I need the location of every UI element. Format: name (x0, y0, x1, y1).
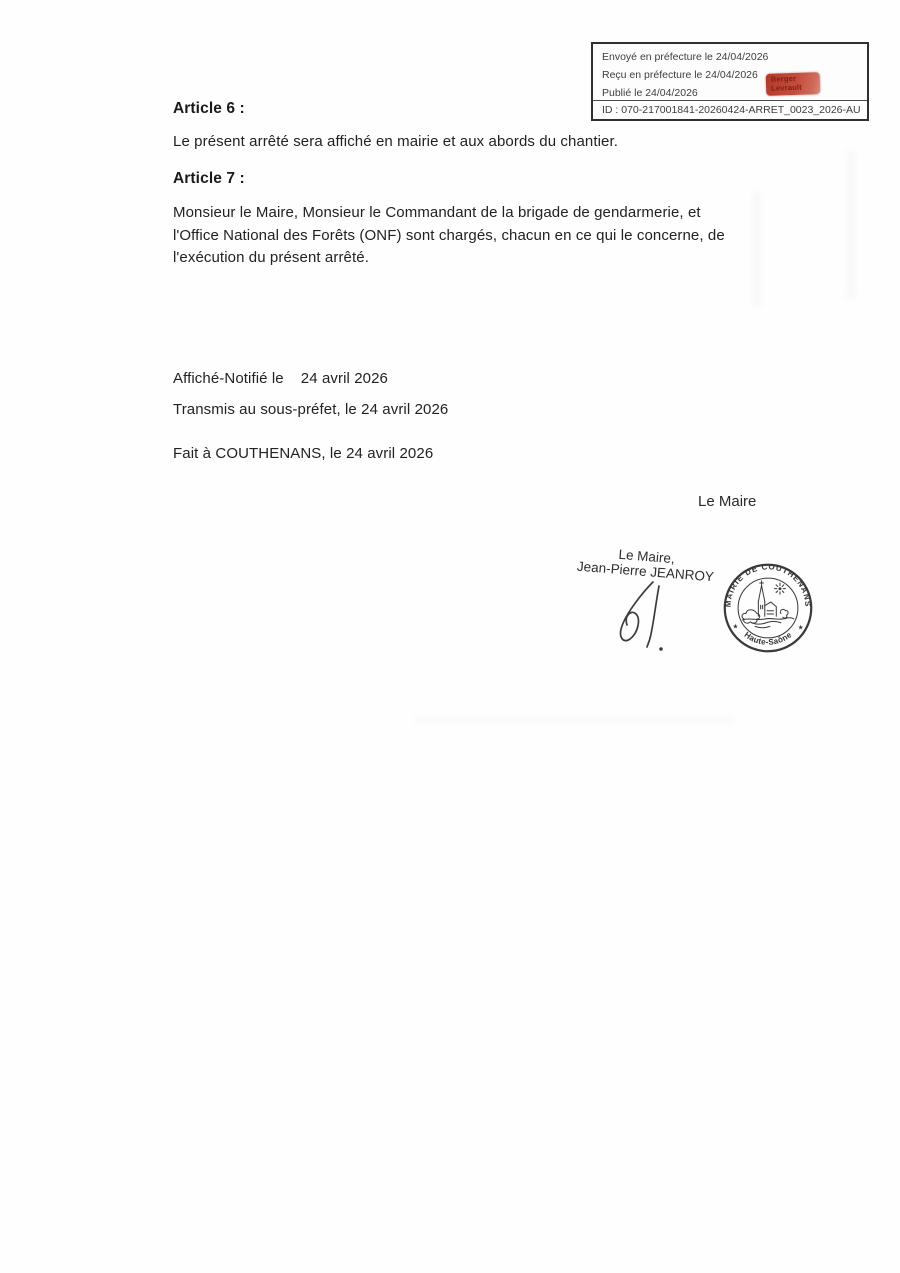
prefecture-id-line: ID : 070-217001841-20260424-ARRET_0023_2… (593, 100, 867, 119)
article6-heading: Article 6 : (173, 100, 245, 118)
prefecture-envoye-line: Envoyé en préfecture le 24/04/2026 (602, 48, 867, 66)
municipal-seal-stamp: MAIRIE DE COUTHENANS Haute-Saône ★ ★ (722, 562, 814, 654)
berger-levrault-logo-line2: Levrault (771, 83, 820, 93)
article7-text: Monsieur le Maire, Monsieur le Commandan… (173, 202, 773, 270)
seal-church-illustration (742, 581, 794, 628)
signature-stroke-loop (621, 582, 653, 641)
seal-left-star-icon: ★ (732, 624, 738, 631)
seal-church-spire (758, 585, 764, 601)
seal-top-arc-text: MAIRIE DE COUTHENANS (723, 562, 812, 607)
article6-text: Le présent arrêté sera affiché en mairie… (173, 133, 618, 150)
handwritten-signature (601, 572, 676, 657)
seal-bottom-arc-text: Haute-Saône (743, 630, 794, 647)
seal-foliage-right (780, 609, 788, 618)
signature-dot (659, 647, 663, 651)
seal-foliage-left (742, 610, 760, 623)
seal-church-nave (765, 602, 777, 616)
berger-levrault-logo: Berger Levrault (766, 72, 821, 96)
svg-text:Haute-Saône: Haute-Saône (743, 630, 794, 647)
prefecture-stamp-box: Envoyé en préfecture le 24/04/2026 Reçu … (591, 42, 869, 121)
seal-church-cross (760, 581, 764, 586)
prefecture-recu-line: Reçu en préfecture le 24/04/2026 (602, 66, 867, 84)
scan-artifact (415, 716, 735, 724)
signature-stroke-tail (647, 586, 659, 647)
seal-inner-ring (738, 578, 798, 638)
scan-artifact (846, 150, 856, 300)
le-maire-label: Le Maire (698, 493, 756, 510)
fait-a-couthenans-line: Fait à COUTHENANS, le 24 avril 2026 (173, 445, 433, 462)
seal-right-star-icon: ★ (798, 625, 804, 632)
affiche-notifie-line: Affiché-Notifié le 24 avril 2026 (173, 370, 388, 387)
seal-church-tower (758, 602, 764, 617)
seal-sunburst-core (778, 587, 781, 590)
article7-heading: Article 7 : (173, 170, 245, 188)
transmis-sous-prefet-line: Transmis au sous-préfet, le 24 avril 202… (173, 401, 448, 418)
svg-text:MAIRIE DE COUTHENANS: MAIRIE DE COUTHENANS (723, 562, 812, 607)
document-page: Envoyé en préfecture le 24/04/2026 Reçu … (0, 0, 900, 1273)
